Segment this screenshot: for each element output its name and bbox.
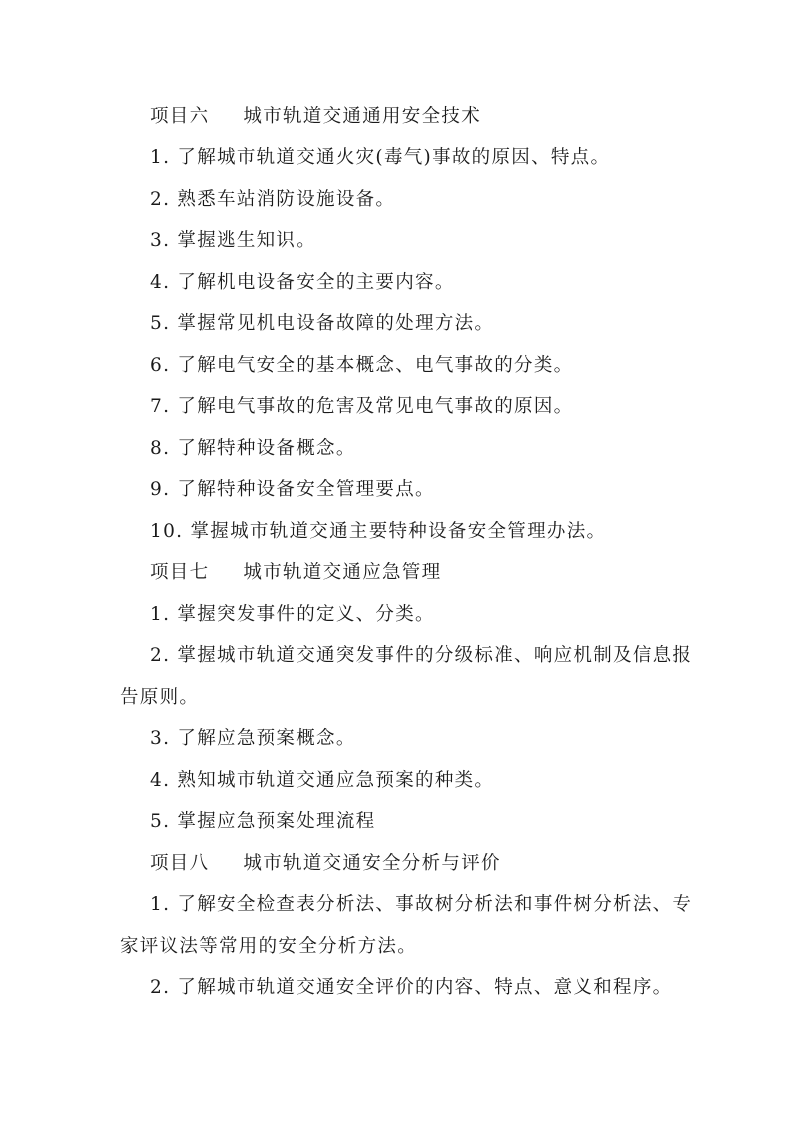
list-item-continuation: 家评议法等常用的安全分析方法。 [120,935,417,959]
section-title: 城市轨道交通通用安全技术 [243,106,481,127]
list-item: 4. 熟知城市轨道交通应急预案的种类。 [150,769,494,793]
section-number: 项目八 [150,853,209,874]
list-item-continuation: 告原则。 [120,686,199,710]
section-title: 城市轨道交通应急管理 [243,562,441,583]
section-heading-6: 项目六城市轨道交通通用安全技术 [150,105,481,129]
list-item: 2. 掌握城市轨道交通突发事件的分级标准、响应机制及信息报 [150,644,692,668]
list-item: 6. 了解电气安全的基本概念、电气事故的分类。 [150,354,573,378]
section-title: 城市轨道交通安全分析与评价 [243,853,500,874]
section-number: 项目六 [150,106,209,127]
list-item: 5. 掌握应急预案处理流程 [150,810,375,834]
section-heading-8: 项目八城市轨道交通安全分析与评价 [150,852,501,876]
list-item: 3. 掌握逃生知识。 [150,229,316,253]
list-item: 8. 了解特种设备概念。 [150,437,356,461]
list-item: 5. 掌握常见机电设备故障的处理方法。 [150,312,494,336]
section-number: 项目七 [150,562,209,583]
list-item: 7. 了解电气事故的危害及常见电气事故的原因。 [150,395,573,419]
list-item: 4. 了解机电设备安全的主要内容。 [150,271,455,295]
list-item: 1. 了解城市轨道交通火灾(毒气)事故的原因、特点。 [150,146,610,170]
list-item: 9. 了解特种设备安全管理要点。 [150,478,435,502]
section-heading-7: 项目七城市轨道交通应急管理 [150,561,441,585]
list-item: 1. 掌握突发事件的定义、分类。 [150,603,435,627]
list-item: 10. 掌握城市轨道交通主要特种设备安全管理办法。 [150,520,606,544]
document-page: 项目六城市轨道交通通用安全技术 1. 了解城市轨道交通火灾(毒气)事故的原因、特… [0,0,794,1122]
list-item: 2. 了解城市轨道交通安全评价的内容、特点、意义和程序。 [150,976,672,1000]
list-item: 3. 了解应急预案概念。 [150,727,356,751]
list-item: 2. 熟悉车站消防设施设备。 [150,188,395,212]
list-item: 1. 了解安全检查表分析法、事故树分析法和事件树分析法、专 [150,893,692,917]
